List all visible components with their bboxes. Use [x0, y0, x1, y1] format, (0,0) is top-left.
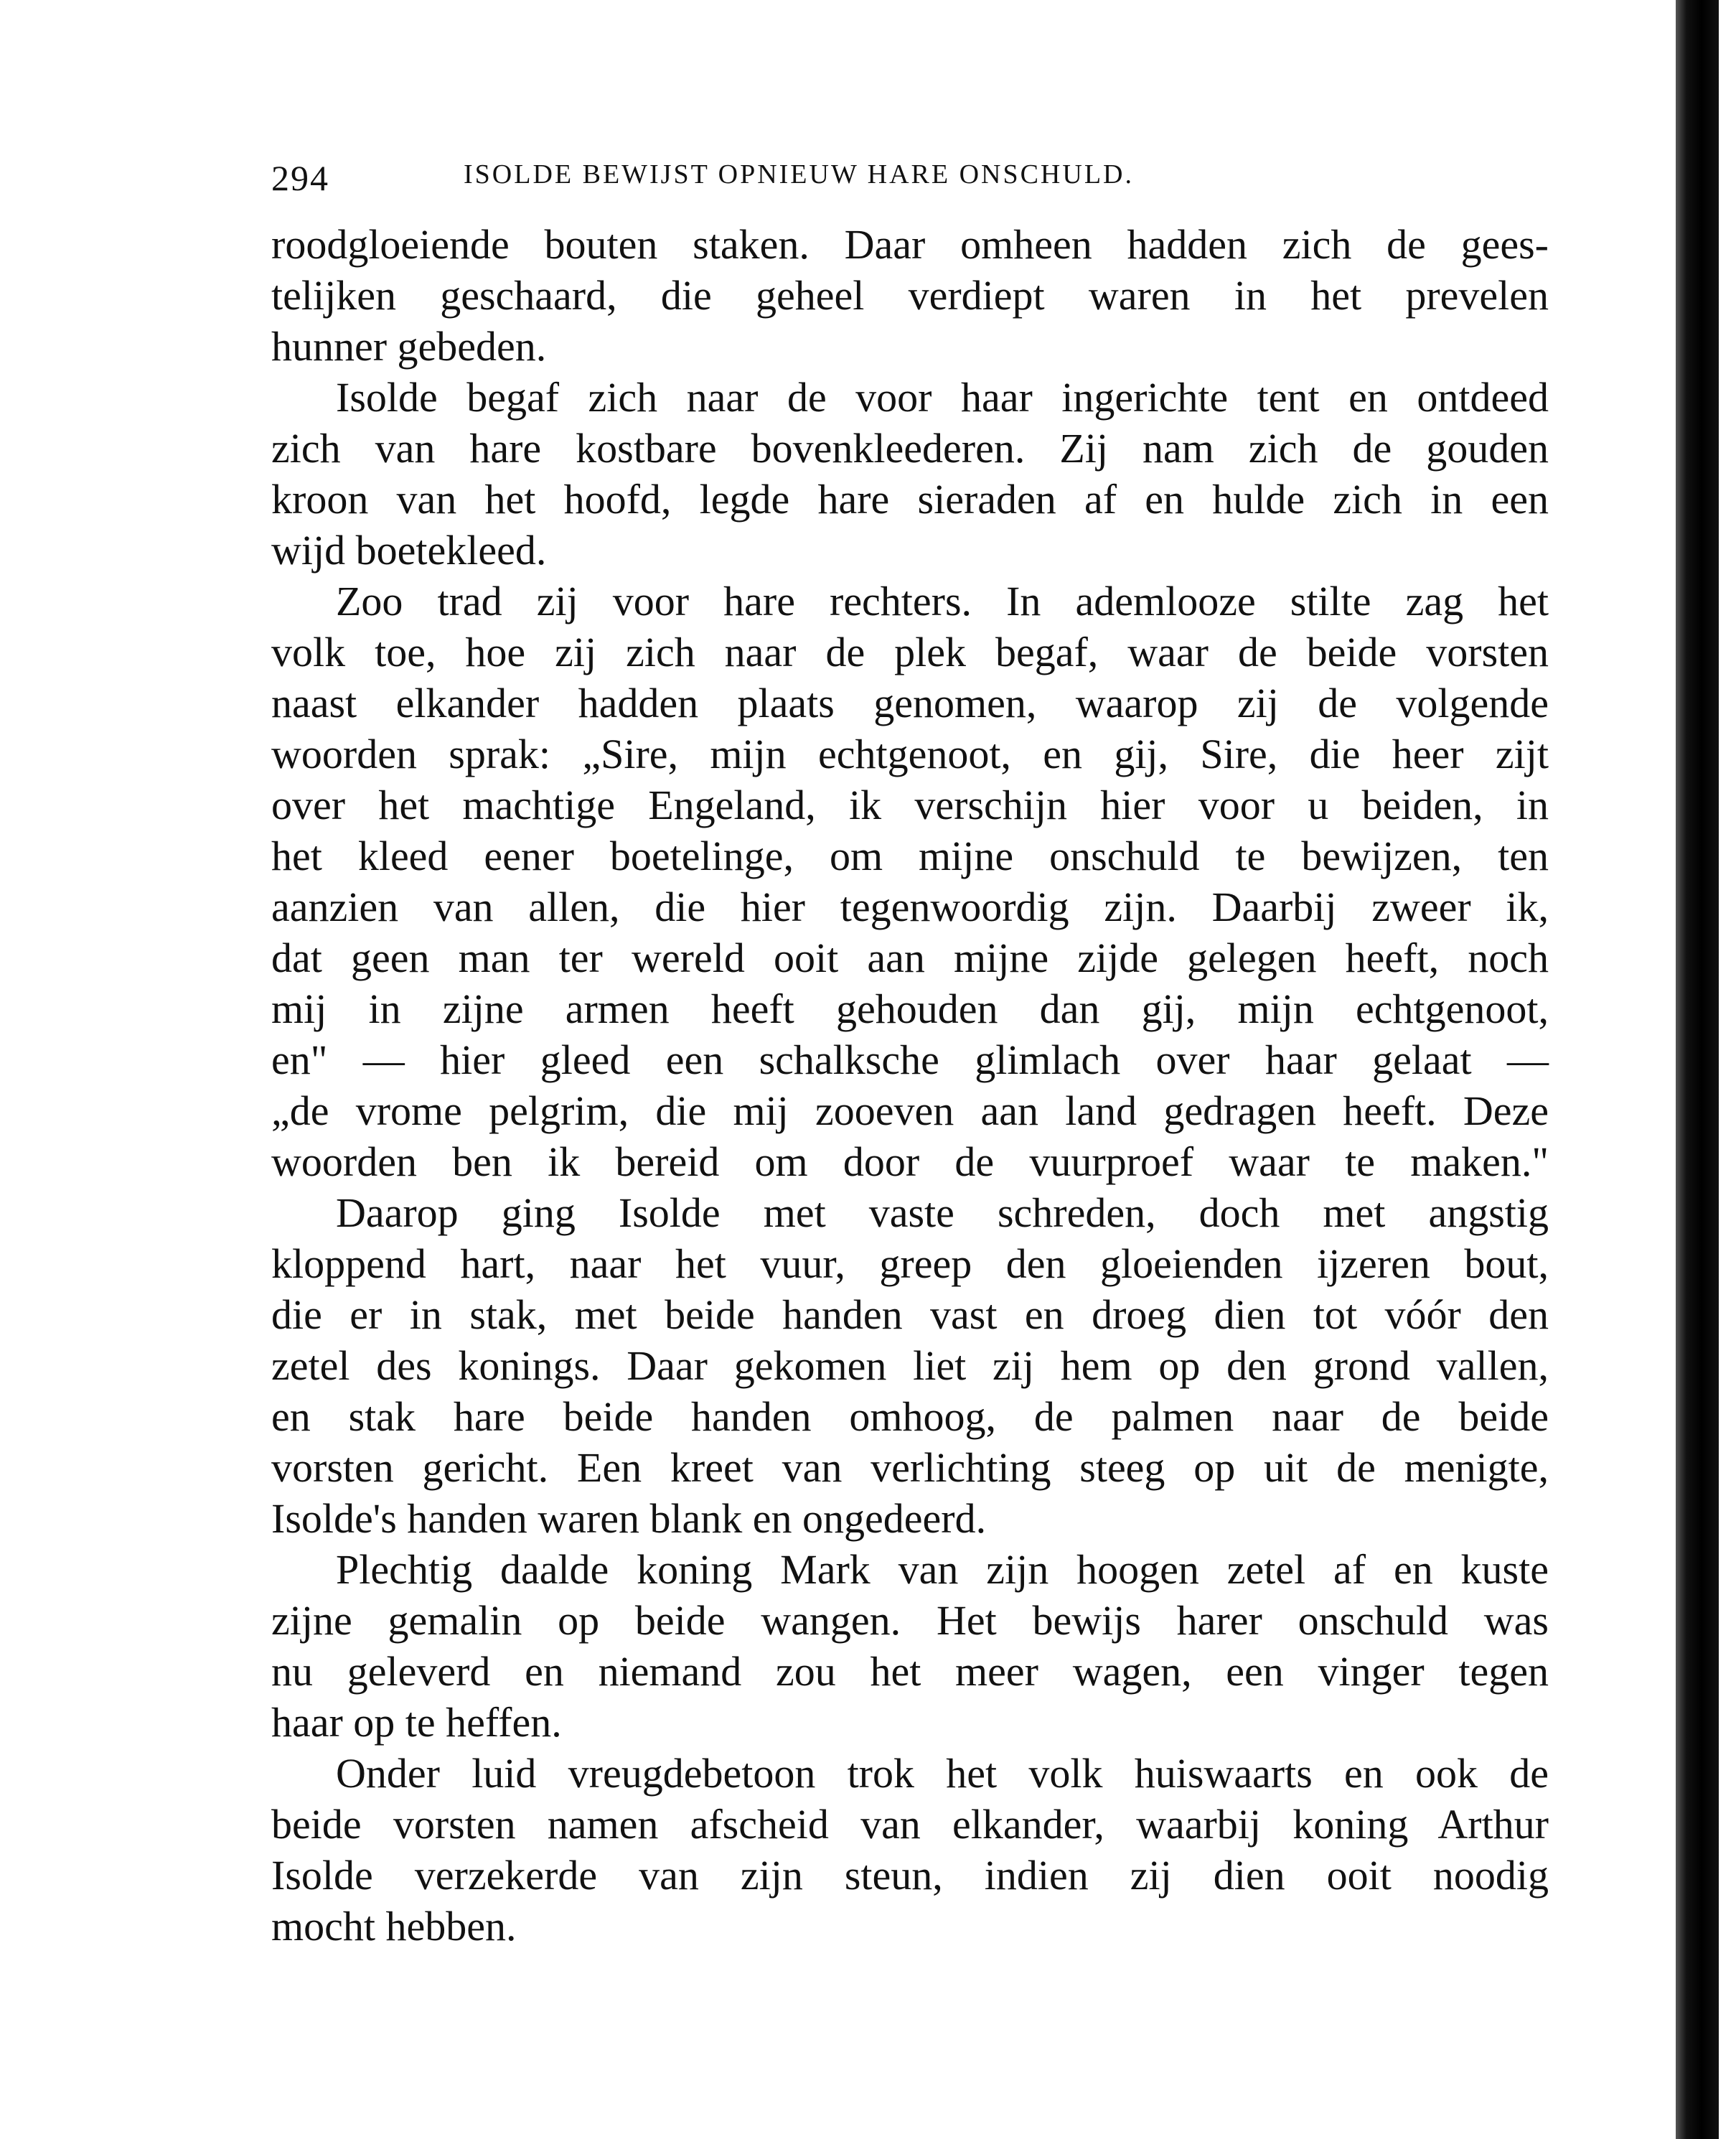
text-line: Isolde's handen waren blank en ongedeerd…: [271, 1493, 1549, 1544]
page-number: 294: [271, 157, 329, 199]
binding-shadow: [1676, 0, 1719, 2139]
text-line: en" — hier gleed een schalksche glimlach…: [271, 1034, 1549, 1085]
text-line: vorsten gericht. Een kreet van verlichti…: [271, 1442, 1549, 1493]
text-line: Plechtig daalde koning Mark van zijn hoo…: [271, 1544, 1549, 1595]
text-line: roodgloeiende bouten staken. Daar omheen…: [271, 219, 1549, 270]
book-page: 294 ISOLDE BEWIJST OPNIEUW HARE ONSCHULD…: [0, 0, 1736, 2139]
text-line: die er in stak, met beide handen vast en…: [271, 1289, 1549, 1340]
text-line: Daarop ging Isolde met vaste schreden, d…: [271, 1187, 1549, 1238]
text-line: kroon van het hoofd, legde hare sieraden…: [271, 474, 1549, 525]
text-line: over het machtige Engeland, ik verschijn…: [271, 780, 1549, 830]
text-line: „de vrome pelgrim, die mij zooeven aan l…: [271, 1085, 1549, 1136]
text-line: volk toe, hoe zij zich naar de plek bega…: [271, 627, 1549, 678]
text-line: woorden ben ik bereid om door de vuurpro…: [271, 1136, 1549, 1187]
text-line: woorden sprak: „Sire, mijn echtgenoot, e…: [271, 729, 1549, 780]
text-line: aanzien van allen, die hier tegenwoordig…: [271, 881, 1549, 932]
page-edge: [1719, 0, 1736, 2139]
text-line: en stak hare beide handen omhoog, de pal…: [271, 1391, 1549, 1442]
text-line: haar op te heffen.: [271, 1697, 1549, 1748]
body-text: roodgloeiende bouten staken. Daar omheen…: [271, 219, 1549, 1952]
text-line: beide vorsten namen afscheid van elkande…: [271, 1799, 1549, 1850]
text-line: het kleed eener boetelinge, om mijne ons…: [271, 830, 1549, 881]
text-line: mij in zijne armen heeft gehouden dan gi…: [271, 983, 1549, 1034]
text-line: zich van hare kostbare bovenkleederen. Z…: [271, 423, 1549, 474]
text-line: telijken geschaard, die geheel verdiept …: [271, 270, 1549, 321]
text-line: dat geen man ter wereld ooit aan mijne z…: [271, 932, 1549, 983]
text-line: hunner gebeden.: [271, 321, 1549, 372]
text-line: Isolde begaf zich naar de voor haar inge…: [271, 372, 1549, 423]
running-head: ISOLDE BEWIJST OPNIEUW HARE ONSCHULD.: [464, 159, 1134, 190]
text-line: zetel des konings. Daar gekomen liet zij…: [271, 1340, 1549, 1391]
text-line: mocht hebben.: [271, 1901, 1549, 1952]
text-line: wijd boetekleed.: [271, 525, 1549, 576]
text-line: Isolde verzekerde van zijn steun, indien…: [271, 1850, 1549, 1901]
text-line: zijne gemalin op beide wangen. Het bewij…: [271, 1595, 1549, 1646]
text-line: kloppend hart, naar het vuur, greep den …: [271, 1238, 1549, 1289]
text-line: Zoo trad zij voor hare rechters. In adem…: [271, 576, 1549, 627]
text-line: naast elkander hadden plaats genomen, wa…: [271, 678, 1549, 729]
text-line: nu geleverd en niemand zou het meer wage…: [271, 1646, 1549, 1697]
text-line: Onder luid vreugdebetoon trok het volk h…: [271, 1748, 1549, 1799]
page-header: 294 ISOLDE BEWIJST OPNIEUW HARE ONSCHULD…: [271, 154, 1549, 197]
